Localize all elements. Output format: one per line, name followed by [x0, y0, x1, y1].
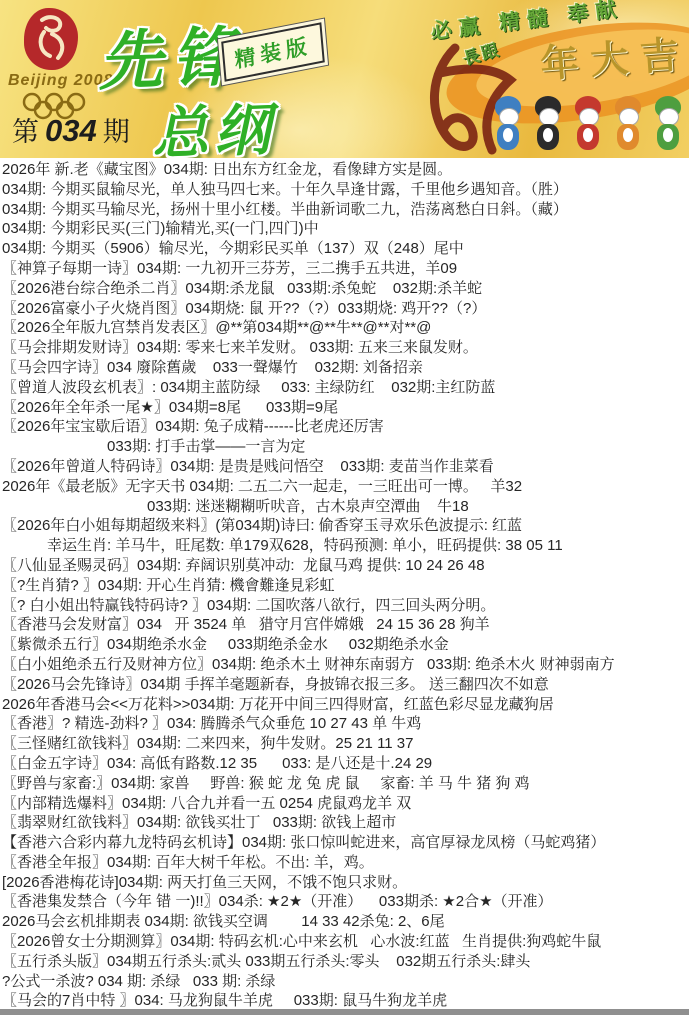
tip-line: 〖2026富豪小子火烧肖图〗034期烧: 鼠 开??（?）033期烧: 鸡开??…: [2, 299, 689, 319]
tip-line: 〖2026马会先锋诗〗034期 手挥羊毫题新春，身披锦衣报三多。 送三翻四次不如…: [2, 675, 689, 695]
tip-line: 〖香港集发禁合（今年 错 一)!!〗034杀: ★2★（开准） 033期杀: ★…: [2, 892, 689, 912]
tip-line: 〖神算子每期一诗〗034期: 一九初开三芬芳，三二携手五共进，羊09: [2, 259, 689, 279]
tip-line: 〖? 白小姐出特赢钱特码诗? 〗034期: 二国吹落八欲行，四三回头两分明。: [2, 596, 689, 616]
fuwa-mascot-icon: [532, 96, 564, 152]
tips-list: 2026年 新.老《藏宝图》034期: 日出东方红金龙，看像肆方实是圆。034期…: [2, 160, 689, 1011]
bottom-border: [0, 1009, 689, 1015]
tip-line: 〖2026年全年杀一尾★〗034期=8尾 033期=9尾: [2, 398, 689, 418]
tip-line: 〖曾道人波段玄机表〗: 034期主蓝防绿 033: 主绿防红 032期:主红防蓝: [2, 378, 689, 398]
tip-line: 〖香港全年报〗034期: 百年大树千年松。不出: 羊，鸡。: [2, 853, 689, 873]
tip-line: 〖2026全年版九宫禁肖发表区〗@**第034期**@**牛**@**对**@: [2, 318, 689, 338]
masthead: Beijing 2008 第034期 先锋 总纲 精装版 必赢 精髓 奉献 長跟…: [0, 0, 689, 158]
tip-line: 033期: 迷迷糊糊听吠音，古木泉声空潭曲 牛18: [2, 497, 689, 517]
tip-line: 〖紫微杀五行〗034期绝杀水金 033期绝杀金水 032期绝杀水金: [2, 635, 689, 655]
tip-line: 2026年 新.老《藏宝图》034期: 日出东方红金龙，看像肆方实是圆。: [2, 160, 689, 180]
tip-line: 〖白小姐绝杀五行及财神方位〗034期: 绝杀木土 财神东南弱方 033期: 绝杀…: [2, 655, 689, 675]
edition-badge-label: 精装版: [234, 35, 313, 73]
tip-line: ?公式一杀波? 034 期: 杀绿 033 期: 杀绿: [2, 972, 689, 992]
tip-line: 〖五行杀头版〗034期五行杀头:贰头 033期五行杀头:零头 032期五行杀头:…: [2, 952, 689, 972]
luck-banner: 年大吉: [538, 23, 689, 88]
tip-line: 〖2026年宝宝歇后语〗034期: 兔子成精------比老虎还厉害: [2, 417, 689, 437]
issue-label: 第034期: [12, 110, 130, 149]
tip-line: 034期: 今期彩民买(三门)输精光,买(一门,四门)中: [2, 219, 689, 239]
tip-line: 033期: 打手击掌——一言为定: [2, 437, 689, 457]
tip-line: 〖香港〗? 精选-劲料? 〗034: 腾腾杀气众垂危 10 27 43 单 牛鸡: [2, 714, 689, 734]
issue-prefix: 第: [12, 117, 39, 147]
tip-line: 〖野兽与家畜:〗034期: 家兽 野兽: 猴 蛇 龙 兔 虎 鼠 家畜: 羊 马…: [2, 774, 689, 794]
tip-line: 2026年香港马会<<万花料>>034期: 万花开中间三四得财富，红蓝色彩尽显龙…: [2, 695, 689, 715]
tip-line: 〖2026年曾道人特码诗〗034期: 是贵是贱问悟空 033期: 麦苗当作韭菜看: [2, 457, 689, 477]
tip-line: 〖翡翠财红欲钱料〗034期: 欲钱买壮丁 033期: 欲钱上超市: [2, 813, 689, 833]
tip-line: 〖2026港台综合绝杀二肖〗034期:杀龙鼠 033期:杀兔蛇 032期:杀羊蛇: [2, 279, 689, 299]
issue-suffix: 期: [103, 117, 130, 147]
fuwa-mascot-icon: [652, 96, 684, 152]
tip-line: 2026马会玄机排期表 034期: 欲钱买空调 14 33 42杀兔: 2、6尾: [2, 912, 689, 932]
tip-line: 〖2026曾女士分期测算〗034期: 特码玄机:心中来玄机 心水波:红蓝 生肖提…: [2, 932, 689, 952]
fuwa-mascot-icon: [572, 96, 604, 152]
tip-line: 〖香港马会发财富〗034 开 3524 单 猎守月宫伴嫦娥 24 15 36 2…: [2, 615, 689, 635]
tip-line: 〖八仙显圣赐灵码〗034期: 弃阔识别莫冲动: 龙鼠马鸡 提供: 10 24 2…: [2, 556, 689, 576]
tip-line: 〖马会排期发财诗〗034期: 零来七来羊发财。 033期: 五来三来鼠发财。: [2, 338, 689, 358]
tip-line: 幸运生肖: 羊马牛，旺尾数: 单179双628，特码预测: 单小，旺码提供: 3…: [2, 536, 689, 556]
tip-line: 034期: 今期买（5906）输尽光，今期彩民买单（137）双（248）尾中: [2, 239, 689, 259]
fuwa-mascot-icon: [492, 96, 524, 152]
tip-line: 034期: 今期买鼠输尽光，单人独马四七来。十年久旱逢甘露，千里他乡遇知音。（胜…: [2, 180, 689, 200]
tip-line: 〖2026年白小姐每期超级来料〗(第034期)诗曰: 偷香穿玉寻欢乐色波提示: …: [2, 516, 689, 536]
tip-line: 〖三怪赌红欲钱料〗034期: 二来四来，狗牛发财。25 21 11 37: [2, 734, 689, 754]
tip-line: 〖?生肖猜? 〗034期: 开心生肖猜: 機會難逢見彩虹: [2, 576, 689, 596]
tip-line: 2026年《最老版》无字天书 034期: 二五二六一起走，一三旺出可一博。 羊3…: [2, 477, 689, 497]
fuwa-mascot-icon: [612, 96, 644, 152]
tip-line: 〖白金五字诗〗034: 高低有路数.12 35 033: 是八还是十.24 29: [2, 754, 689, 774]
tip-sheet-page: Beijing 2008 第034期 先锋 总纲 精装版 必赢 精髓 奉献 長跟…: [0, 0, 689, 1015]
tip-line: 〖马会四字诗〗034 廢除舊歲 033一聲爆竹 032期: 刘备招亲: [2, 358, 689, 378]
issue-number: 034: [39, 113, 103, 148]
tip-line: 034期: 今期买马输尽光，扬州十里小红楼。半曲新词歌二九，浩荡离愁白日斜。（藏…: [2, 200, 689, 220]
masthead-title-bottom: 总纲: [151, 86, 278, 158]
tip-line: 【香港六合彩内幕九龙特码玄机诗】034期: 张口惊叫蛇进来，高官厚禄龙凤榜（马蛇…: [2, 833, 689, 853]
beijing-2008-seal-icon: [24, 8, 78, 70]
fuwa-mascots-row: [492, 96, 684, 152]
tip-line: 〖内部精选爆料〗034期: 八合九并看一五 0254 虎鼠鸡龙羊 双: [2, 794, 689, 814]
tip-line: [2026香港梅花诗]034期: 两天打鱼三天网，不饿不饱只求财。: [2, 873, 689, 893]
